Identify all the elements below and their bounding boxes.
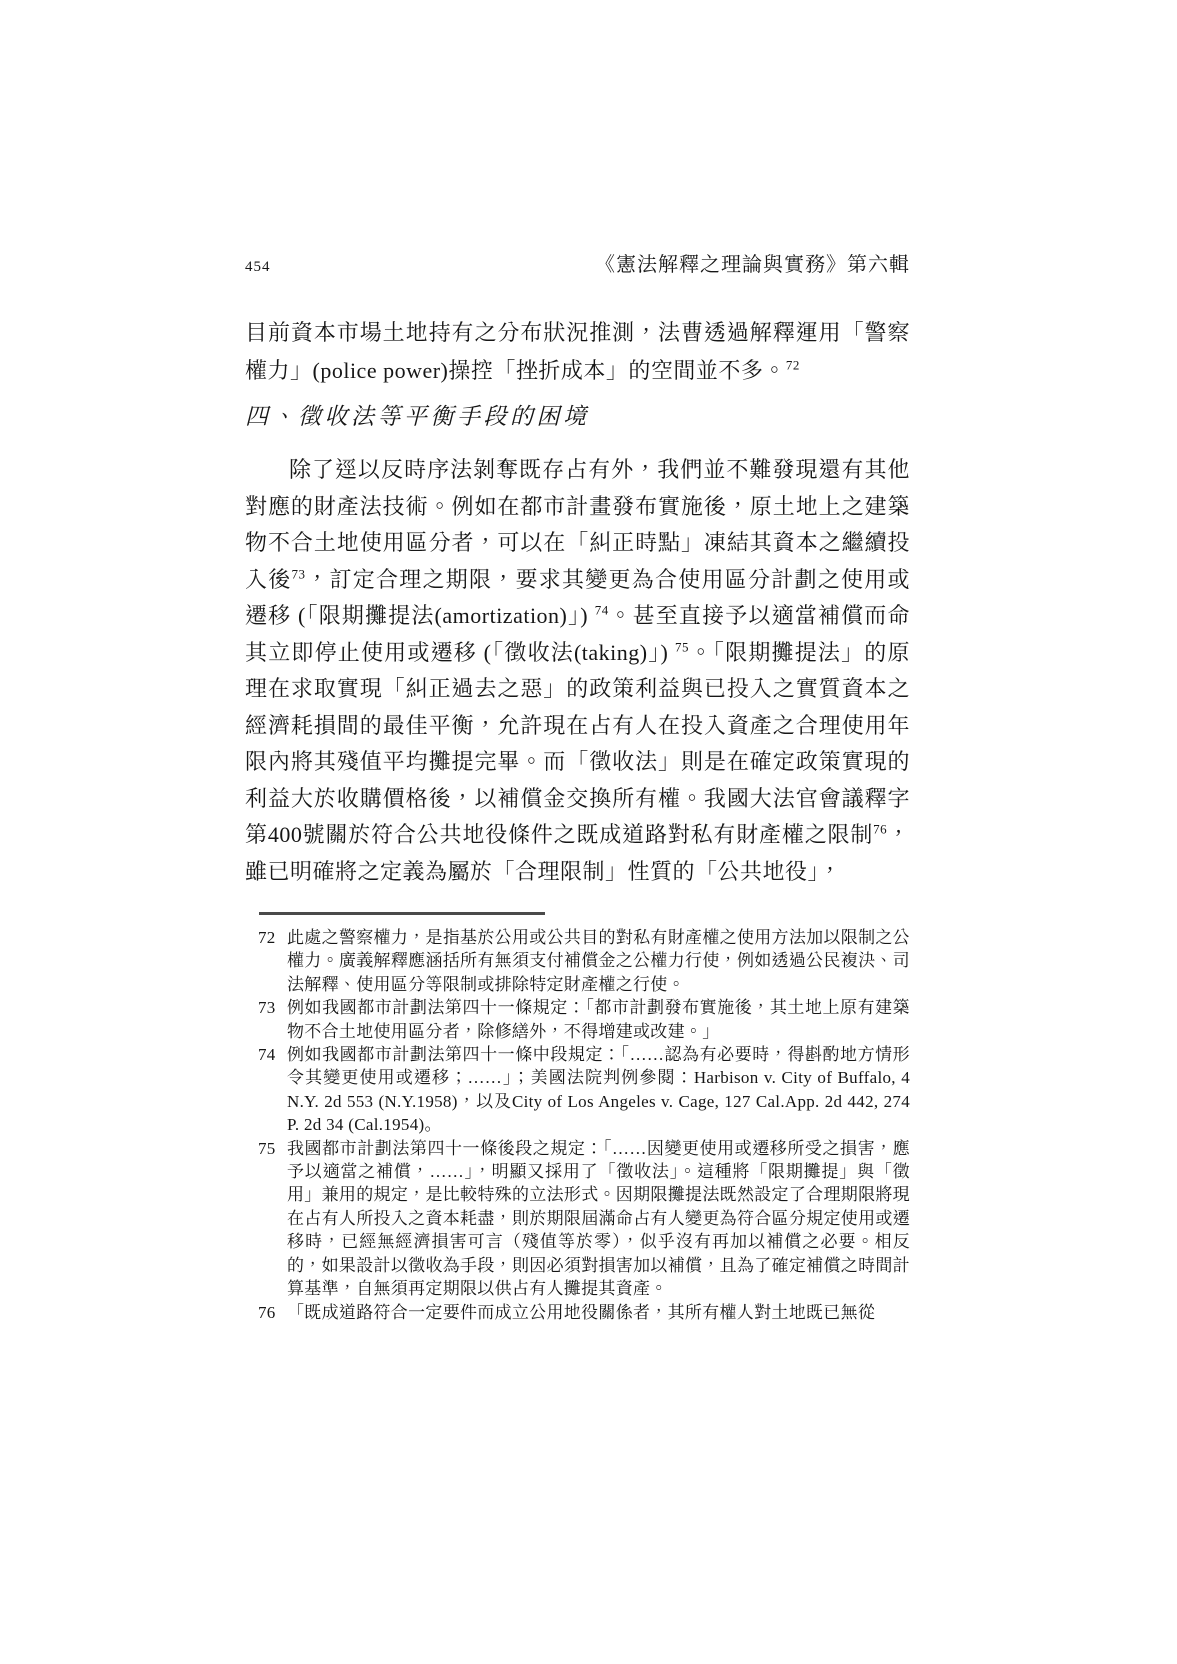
footnote-item: 76「既成道路符合一定要件而成立公用地役關係者，其所有權人對土地既已無從 [245, 1301, 910, 1324]
footnote-reference: 72 [786, 358, 800, 373]
footnote-list: 72此處之警察權力，是指基於公用或公共目的對私有財產權之使用方法加以限制之公權力… [245, 926, 910, 1324]
footnote-number: 73 [258, 996, 276, 1019]
paragraph-continued: 目前資本市場土地持有之分布狀況推測，法曹透過解釋運用「警察權力」(police … [245, 314, 910, 390]
footnote-text: 例如我國都市計劃法第四十一條中段規定：「……認為有必要時，得斟酌地方情形令其變更… [287, 1045, 910, 1134]
footnote-item: 73例如我國都市計劃法第四十一條規定：「都市計劃發布實施後，其土地上原有建築物不… [245, 996, 910, 1043]
page-number: 454 [245, 259, 271, 276]
footnote-number: 74 [258, 1043, 276, 1066]
section-heading: 四、徵收法等平衡手段的困境 [245, 398, 590, 431]
footnote-text: 此處之警察權力，是指基於公用或公共目的對私有財產權之使用方法加以限制之公權力。廣… [287, 928, 910, 994]
footnote-number: 76 [258, 1301, 276, 1324]
book-page: 454 《憲法解釋之理論與實務》第六輯 目前資本市場土地持有之分布狀況推測，法曹… [0, 0, 1177, 1664]
footnote-text: 我國都市計劃法第四十一條後段之規定：「……因變更使用或遷移所受之損害，應予以適當… [287, 1139, 910, 1298]
page-header: 454 《憲法解釋之理論與實務》第六輯 [245, 248, 910, 277]
footnote-item: 74例如我國都市計劃法第四十一條中段規定：「……認為有必要時，得斟酌地方情形令其… [245, 1043, 910, 1137]
footnote-reference: 76 [873, 822, 887, 837]
footnote-reference: 75 [675, 639, 689, 654]
footnote-item: 72此處之警察權力，是指基於公用或公共目的對私有財產權之使用方法加以限制之公權力… [245, 926, 910, 996]
footnote-text: 例如我國都市計劃法第四十一條規定：「都市計劃發布實施後，其土地上原有建築物不合土… [287, 998, 910, 1040]
paragraph-main: 除了逕以反時序法剝奪既存占有外，我們並不難發現還有其他對應的財產法技術。例如在都… [245, 452, 910, 890]
footnote-reference: 74 [595, 603, 609, 618]
footnote-number: 75 [258, 1137, 276, 1160]
footnote-number: 72 [258, 926, 276, 949]
running-title: 《憲法解釋之理論與實務》第六輯 [595, 248, 910, 277]
footnote-reference: 73 [292, 566, 306, 581]
footnote-text: 「既成道路符合一定要件而成立公用地役關係者，其所有權人對土地既已無從 [287, 1303, 875, 1322]
footnote-item: 75我國都市計劃法第四十一條後段之規定：「……因變更使用或遷移所受之損害，應予以… [245, 1137, 910, 1301]
footnote-divider [259, 912, 545, 915]
